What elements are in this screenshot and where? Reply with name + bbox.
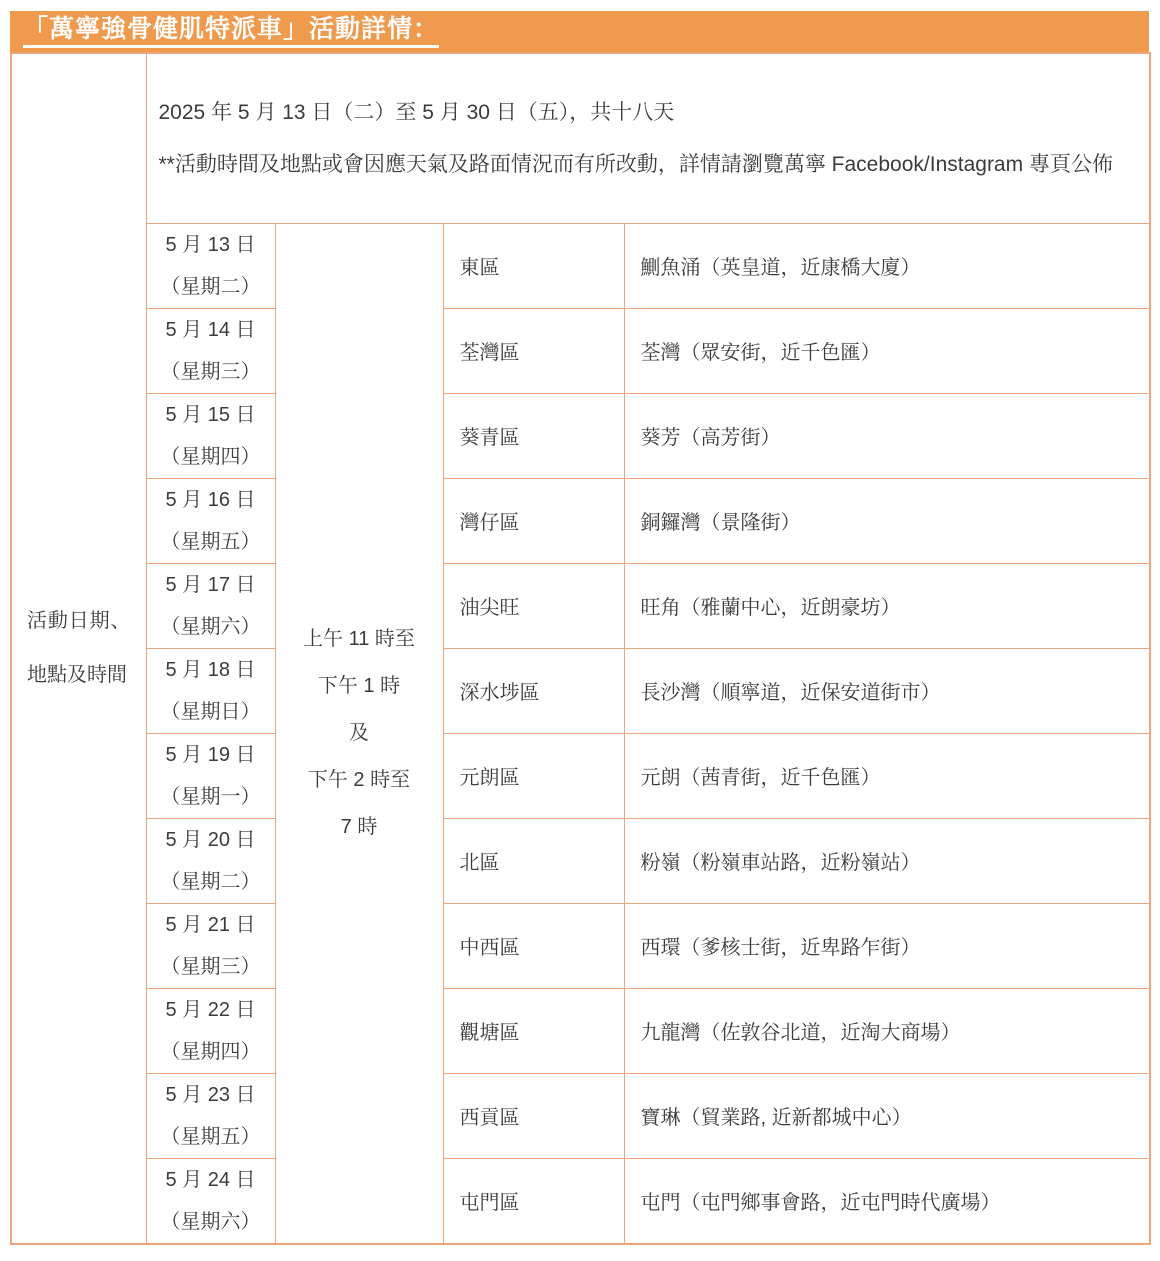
info-line-1: 2025 年 5 月 13 日（二）至 5 月 30 日（五），共十八天 xyxy=(159,87,1136,139)
district-cell: 灣仔區 xyxy=(443,478,624,563)
date-text: 5 月 16 日 xyxy=(147,479,275,521)
date-text: 5 月 22 日 xyxy=(147,989,275,1031)
weekday-text: （星期三） xyxy=(147,351,275,393)
location-cell: 荃灣（眾安街，近千色匯） xyxy=(624,308,1150,393)
district-cell: 葵青區 xyxy=(443,393,624,478)
date-text: 5 月 15 日 xyxy=(147,394,275,436)
time-cell: 上午 11 時至下午 1 時及下午 2 時至7 時 xyxy=(275,223,443,1244)
page-title: 「萬寧強骨健肌特派車」活動詳情： xyxy=(23,15,439,49)
row-label-cell: 活動日期、地點及時間 xyxy=(11,53,146,1244)
date-cell: 5 月 18 日（星期日） xyxy=(146,648,275,733)
location-cell: 西環（爹核士街，近卑路乍街） xyxy=(624,903,1150,988)
date-cell: 5 月 21 日（星期三） xyxy=(146,903,275,988)
time-line: 7 時 xyxy=(276,804,443,851)
date-text: 5 月 13 日 xyxy=(147,224,275,266)
schedule-body: 活動日期、地點及時間 2025 年 5 月 13 日（二）至 5 月 30 日（… xyxy=(11,53,1150,1244)
weekday-text: （星期二） xyxy=(147,266,275,308)
date-cell: 5 月 19 日（星期一） xyxy=(146,733,275,818)
weekday-text: （星期四） xyxy=(147,1031,275,1073)
date-cell: 5 月 24 日（星期六） xyxy=(146,1158,275,1244)
schedule-row: 5 月 17 日（星期六）油尖旺旺角（雅蘭中心，近朗豪坊） xyxy=(11,563,1150,648)
schedule-row: 5 月 13 日（星期二）上午 11 時至下午 1 時及下午 2 時至7 時東區… xyxy=(11,223,1150,308)
location-cell: 九龍灣（佐敦谷北道，近淘大商場） xyxy=(624,988,1150,1073)
district-cell: 油尖旺 xyxy=(443,563,624,648)
schedule-row: 5 月 16 日（星期五）灣仔區銅鑼灣（景隆街） xyxy=(11,478,1150,563)
time-line: 及 xyxy=(276,710,443,757)
date-text: 5 月 21 日 xyxy=(147,904,275,946)
location-cell: 長沙灣（順寧道，近保安道街市） xyxy=(624,648,1150,733)
district-cell: 深水埗區 xyxy=(443,648,624,733)
weekday-text: （星期四） xyxy=(147,436,275,478)
weekday-text: （星期一） xyxy=(147,776,275,818)
district-cell: 中西區 xyxy=(443,903,624,988)
date-text: 5 月 23 日 xyxy=(147,1074,275,1116)
weekday-text: （星期日） xyxy=(147,691,275,733)
district-cell: 元朗區 xyxy=(443,733,624,818)
date-text: 5 月 17 日 xyxy=(147,564,275,606)
schedule-row: 5 月 22 日（星期四）觀塘區九龍灣（佐敦谷北道，近淘大商場） xyxy=(11,988,1150,1073)
location-cell: 元朗（茜青街，近千色匯） xyxy=(624,733,1150,818)
schedule-row: 5 月 23 日（星期五）西貢區寶琳（貿業路, 近新都城中心） xyxy=(11,1073,1150,1158)
date-text: 5 月 18 日 xyxy=(147,649,275,691)
schedule-row: 5 月 15 日（星期四）葵青區葵芳（高芳街） xyxy=(11,393,1150,478)
row-label: 活動日期、地點及時間 xyxy=(27,594,131,702)
district-cell: 西貢區 xyxy=(443,1073,624,1158)
schedule-row: 5 月 14 日（星期三）荃灣區荃灣（眾安街，近千色匯） xyxy=(11,308,1150,393)
weekday-text: （星期三） xyxy=(147,946,275,988)
date-cell: 5 月 14 日（星期三） xyxy=(146,308,275,393)
info-text: 2025 年 5 月 13 日（二）至 5 月 30 日（五），共十八天 **活… xyxy=(159,87,1136,191)
time-line: 下午 1 時 xyxy=(276,663,443,710)
date-text: 5 月 24 日 xyxy=(147,1159,275,1201)
date-cell: 5 月 17 日（星期六） xyxy=(146,563,275,648)
weekday-text: （星期五） xyxy=(147,1116,275,1158)
district-cell: 北區 xyxy=(443,818,624,903)
date-text: 5 月 19 日 xyxy=(147,734,275,776)
info-cell: 2025 年 5 月 13 日（二）至 5 月 30 日（五），共十八天 **活… xyxy=(146,53,1150,223)
schedule-row: 5 月 24 日（星期六）屯門區屯門（屯門鄉事會路，近屯門時代廣場） xyxy=(11,1158,1150,1244)
district-cell: 觀塘區 xyxy=(443,988,624,1073)
info-row: 活動日期、地點及時間 2025 年 5 月 13 日（二）至 5 月 30 日（… xyxy=(11,53,1150,223)
weekday-text: （星期六） xyxy=(147,1201,275,1243)
schedule-row: 5 月 19 日（星期一）元朗區元朗（茜青街，近千色匯） xyxy=(11,733,1150,818)
weekday-text: （星期五） xyxy=(147,521,275,563)
location-cell: 屯門（屯門鄉事會路，近屯門時代廣場） xyxy=(624,1158,1150,1244)
date-cell: 5 月 23 日（星期五） xyxy=(146,1073,275,1158)
location-cell: 銅鑼灣（景隆街） xyxy=(624,478,1150,563)
weekday-text: （星期二） xyxy=(147,861,275,903)
time-line: 下午 2 時至 xyxy=(276,757,443,804)
date-text: 5 月 14 日 xyxy=(147,309,275,351)
date-cell: 5 月 20 日（星期二） xyxy=(146,818,275,903)
date-cell: 5 月 22 日（星期四） xyxy=(146,988,275,1073)
date-cell: 5 月 13 日（星期二） xyxy=(146,223,275,308)
date-cell: 5 月 16 日（星期五） xyxy=(146,478,275,563)
location-cell: 旺角（雅蘭中心，近朗豪坊） xyxy=(624,563,1150,648)
location-cell: 鰂魚涌（英皇道，近康橋大廈） xyxy=(624,223,1150,308)
location-cell: 寶琳（貿業路, 近新都城中心） xyxy=(624,1073,1150,1158)
weekday-text: （星期六） xyxy=(147,606,275,648)
schedule-row: 5 月 18 日（星期日）深水埗區長沙灣（順寧道，近保安道街市） xyxy=(11,648,1150,733)
location-cell: 葵芳（高芳街） xyxy=(624,393,1150,478)
district-cell: 東區 xyxy=(443,223,624,308)
date-text: 5 月 20 日 xyxy=(147,819,275,861)
district-cell: 荃灣區 xyxy=(443,308,624,393)
title-bar: 「萬寧強骨健肌特派車」活動詳情： xyxy=(10,11,1149,52)
document-page: 「萬寧強骨健肌特派車」活動詳情： 活動日期、地點及時間 2025 年 5 月 1… xyxy=(0,0,1160,1261)
schedule-row: 5 月 20 日（星期二）北區粉嶺（粉嶺車站路，近粉嶺站） xyxy=(11,818,1150,903)
time-line: 上午 11 時至 xyxy=(276,616,443,663)
district-cell: 屯門區 xyxy=(443,1158,624,1244)
location-cell: 粉嶺（粉嶺車站路，近粉嶺站） xyxy=(624,818,1150,903)
event-details-table: 活動日期、地點及時間 2025 年 5 月 13 日（二）至 5 月 30 日（… xyxy=(10,52,1151,1245)
schedule-row: 5 月 21 日（星期三）中西區西環（爹核士街，近卑路乍街） xyxy=(11,903,1150,988)
info-line-2: **活動時間及地點或會因應天氣及路面情況而有所改動，詳情請瀏覽萬寧 Facebo… xyxy=(159,139,1136,191)
date-cell: 5 月 15 日（星期四） xyxy=(146,393,275,478)
